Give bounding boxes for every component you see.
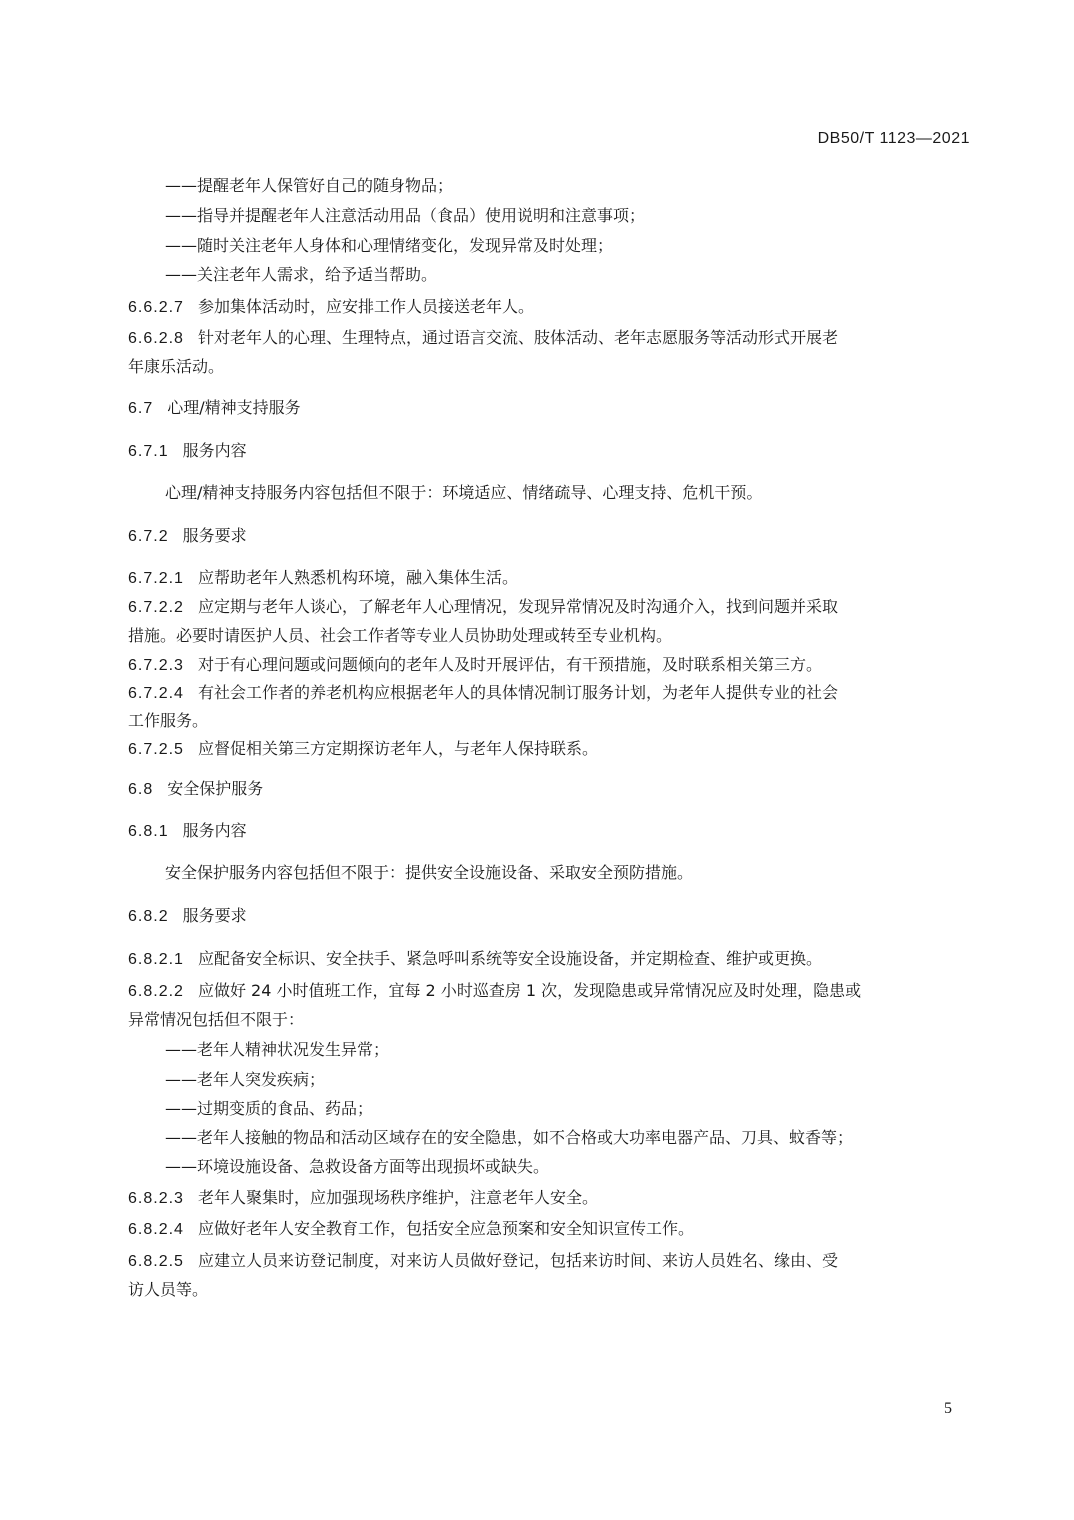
text-line: 工作服务。	[128, 711, 208, 731]
document-id: DB50/T 1123—2021	[818, 130, 970, 148]
clause-number: 6.8.2.3	[128, 1189, 184, 1209]
clause-text: 服务要求	[183, 526, 247, 545]
clause-text: ——提醒老年人保管好自己的随身物品；	[165, 176, 453, 195]
clause-text: 服务内容	[183, 821, 247, 840]
clause-number: 6.7.2.3	[128, 656, 184, 676]
clause-text: 安全保护服务内容包括但不限于：提供安全设施设备、采取安全预防措施。	[165, 863, 693, 882]
clause-number: 6.7.2	[128, 527, 169, 547]
clause-line: 6.8.2.4应做好老年人安全教育工作，包括安全应急预案和安全知识宣传工作。	[128, 1219, 694, 1240]
clause-line: 6.7.2.3对于有心理问题或问题倾向的老年人及时开展评估，有干预措施，及时联系…	[128, 655, 822, 676]
clause-number: 6.8.2.4	[128, 1220, 184, 1240]
clause-line: 6.8安全保护服务	[128, 779, 263, 800]
clause-text: 应做好 24 小时值班工作，宜每 2 小时巡查房 1 次，发现隐患或异常情况应及…	[198, 981, 861, 1000]
clause-text: 心理/精神支持服务	[167, 398, 300, 417]
text-line: ——老年人突发疾病；	[165, 1070, 325, 1090]
clause-line: 6.8.1服务内容	[128, 821, 247, 842]
clause-line: 6.8.2服务要求	[128, 906, 247, 927]
clause-number: 6.8.2.1	[128, 950, 184, 970]
clause-line: 6.6.2.7参加集体活动时，应安排工作人员接送老年人。	[128, 297, 534, 318]
clause-text: 针对老年人的心理、生理特点，通过语言交流、肢体活动、老年志愿服务等活动形式开展老	[198, 328, 838, 347]
clause-text: 措施。必要时请医护人员、社会工作者等专业人员协助处理或转至专业机构。	[128, 626, 672, 645]
clause-text: 访人员等。	[128, 1280, 208, 1299]
clause-text: ——随时关注老年人身体和心理情绪变化，发现异常及时处理；	[165, 236, 613, 255]
clause-text: 心理/精神支持服务内容包括但不限于：环境适应、情绪疏导、心理支持、危机干预。	[165, 483, 762, 502]
clause-number: 6.6.2.8	[128, 329, 184, 349]
page-number: 5	[944, 1400, 952, 1418]
clause-text: ——老年人突发疾病；	[165, 1070, 325, 1089]
clause-number: 6.6.2.7	[128, 298, 184, 318]
clause-text: 对于有心理问题或问题倾向的老年人及时开展评估，有干预措施，及时联系相关第三方。	[198, 655, 822, 674]
clause-text: 服务要求	[183, 906, 247, 925]
text-line: ——过期变质的食品、药品；	[165, 1099, 373, 1119]
clause-text: ——关注老年人需求，给予适当帮助。	[165, 265, 437, 284]
text-line: ——老年人接触的物品和活动区域存在的安全隐患，如不合格或大功率电器产品、刀具、蚊…	[165, 1128, 853, 1148]
clause-line: 6.8.2.5应建立人员来访登记制度，对来访人员做好登记，包括来访时间、来访人员…	[128, 1251, 838, 1272]
text-line: 年康乐活动。	[128, 357, 224, 377]
text-line: ——提醒老年人保管好自己的随身物品；	[165, 176, 453, 196]
clause-line: 6.8.2.2应做好 24 小时值班工作，宜每 2 小时巡查房 1 次，发现隐患…	[128, 981, 861, 1002]
text-line: ——指导并提醒老年人注意活动用品（食品）使用说明和注意事项；	[165, 206, 645, 226]
clause-text: 应帮助老年人熟悉机构环境，融入集体生活。	[198, 568, 518, 587]
clause-text: 应配备安全标识、安全扶手、紧急呼叫系统等安全设施设备，并定期检查、维护或更换。	[198, 949, 822, 968]
clause-line: 6.7.2.4有社会工作者的养老机构应根据老年人的具体情况制订服务计划，为老年人…	[128, 683, 838, 704]
clause-line: 6.7.2.2应定期与老年人谈心，了解老年人心理情况，发现异常情况及时沟通介入，…	[128, 597, 838, 618]
clause-line: 6.8.2.3老年人聚集时，应加强现场秩序维护，注意老年人安全。	[128, 1188, 598, 1209]
clause-text: 参加集体活动时，应安排工作人员接送老年人。	[198, 297, 534, 316]
clause-number: 6.8.2.5	[128, 1252, 184, 1272]
text-line: ——关注老年人需求，给予适当帮助。	[165, 265, 437, 285]
clause-text: 异常情况包括但不限于：	[128, 1010, 304, 1029]
clause-number: 6.7.2.5	[128, 740, 184, 760]
clause-text: 应做好老年人安全教育工作，包括安全应急预案和安全知识宣传工作。	[198, 1219, 694, 1238]
clause-number: 6.8.1	[128, 822, 169, 842]
clause-number: 6.8	[128, 780, 153, 800]
clause-text: 应定期与老年人谈心，了解老年人心理情况，发现异常情况及时沟通介入，找到问题并采取	[198, 597, 838, 616]
text-line: 措施。必要时请医护人员、社会工作者等专业人员协助处理或转至专业机构。	[128, 626, 672, 646]
text-line: 心理/精神支持服务内容包括但不限于：环境适应、情绪疏导、心理支持、危机干预。	[165, 483, 762, 503]
clause-text: ——过期变质的食品、药品；	[165, 1099, 373, 1118]
clause-number: 6.7	[128, 399, 153, 419]
clause-number: 6.8.2.2	[128, 982, 184, 1002]
clause-text: ——环境设施设备、急救设备方面等出现损坏或缺失。	[165, 1157, 549, 1176]
clause-line: 6.7.2.1应帮助老年人熟悉机构环境，融入集体生活。	[128, 568, 518, 589]
text-line: ——随时关注老年人身体和心理情绪变化，发现异常及时处理；	[165, 236, 613, 256]
clause-text: 服务内容	[183, 441, 247, 460]
clause-text: ——指导并提醒老年人注意活动用品（食品）使用说明和注意事项；	[165, 206, 645, 225]
clause-text: 工作服务。	[128, 711, 208, 730]
clause-text: 年康乐活动。	[128, 357, 224, 376]
clause-text: 应建立人员来访登记制度，对来访人员做好登记，包括来访时间、来访人员姓名、缘由、受	[198, 1251, 838, 1270]
text-line: ——老年人精神状况发生异常；	[165, 1040, 389, 1060]
text-line: 访人员等。	[128, 1280, 208, 1300]
clause-text: 安全保护服务	[167, 779, 263, 798]
clause-text: 应督促相关第三方定期探访老年人，与老年人保持联系。	[198, 739, 598, 758]
text-line: 异常情况包括但不限于：	[128, 1010, 304, 1030]
clause-number: 6.8.2	[128, 907, 169, 927]
text-line: ——环境设施设备、急救设备方面等出现损坏或缺失。	[165, 1157, 549, 1177]
text-line: 安全保护服务内容包括但不限于：提供安全设施设备、采取安全预防措施。	[165, 863, 693, 883]
clause-line: 6.7.2.5应督促相关第三方定期探访老年人，与老年人保持联系。	[128, 739, 598, 760]
clause-number: 6.7.2.2	[128, 598, 184, 618]
clause-text: ——老年人精神状况发生异常；	[165, 1040, 389, 1059]
clause-text: 有社会工作者的养老机构应根据老年人的具体情况制订服务计划，为老年人提供专业的社会	[198, 683, 838, 702]
clause-line: 6.6.2.8针对老年人的心理、生理特点，通过语言交流、肢体活动、老年志愿服务等…	[128, 328, 838, 349]
clause-text: 老年人聚集时，应加强现场秩序维护，注意老年人安全。	[198, 1188, 598, 1207]
clause-number: 6.7.1	[128, 442, 169, 462]
clause-line: 6.7心理/精神支持服务	[128, 398, 301, 419]
clause-number: 6.7.2.1	[128, 569, 184, 589]
clause-line: 6.7.2服务要求	[128, 526, 247, 547]
clause-text: ——老年人接触的物品和活动区域存在的安全隐患，如不合格或大功率电器产品、刀具、蚊…	[165, 1128, 853, 1147]
clause-line: 6.7.1服务内容	[128, 441, 247, 462]
clause-number: 6.7.2.4	[128, 684, 184, 704]
clause-line: 6.8.2.1应配备安全标识、安全扶手、紧急呼叫系统等安全设施设备，并定期检查、…	[128, 949, 822, 970]
